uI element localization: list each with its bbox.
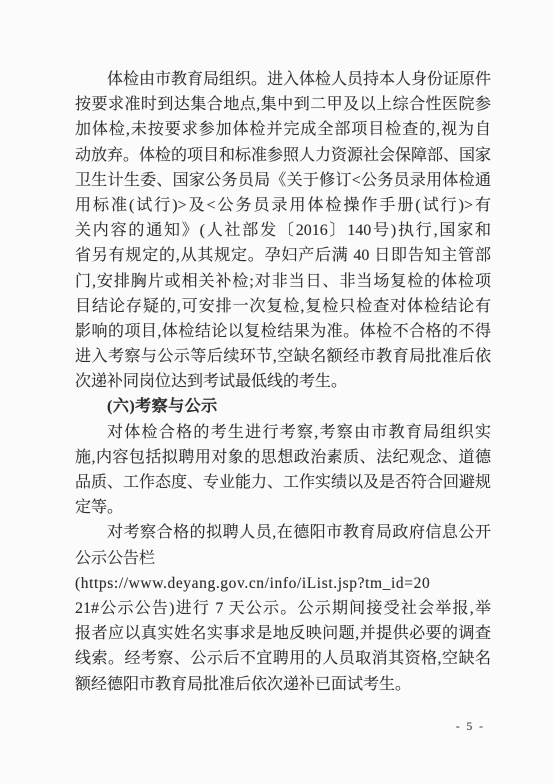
- text-line: 影响的项目,体检结论以复检结果为准。体检不合格的不得: [75, 319, 491, 344]
- text-line: 公示公告栏: [75, 546, 491, 571]
- text-line: 定等。: [75, 495, 491, 520]
- text-line: 关内容的通知》(人社部发〔2016〕140号)执行,国家和: [75, 218, 491, 243]
- text-line: 对体检合格的考生进行考察,考察由市教育局组织实: [75, 420, 491, 445]
- text-line: 施,内容包括拟聘用对象的思想政治素质、法纪观念、道德: [75, 445, 491, 470]
- text-line: 体检由市教育局组织。进入体检人员持本人身份证原件: [75, 67, 491, 92]
- page-number: - 5 -: [456, 721, 485, 733]
- text-line: 目结论存疑的,可安排一次复检,复检只检查对体检结论有: [75, 294, 491, 319]
- text-line: 对考察合格的拟聘人员,在德阳市教育局政府信息公开: [75, 520, 491, 545]
- text-line: 省另有规定的,从其规定。孕妇产后满 40 日即告知主管部: [75, 243, 491, 268]
- text-line: 加体检,未按要求参加体检并完成全部项目检查的,视为自: [75, 117, 491, 142]
- document-page: 体检由市教育局组织。进入体检人员持本人身份证原件按要求准时到达集合地点,集中到二…: [0, 0, 554, 784]
- document-body: 体检由市教育局组织。进入体检人员持本人身份证原件按要求准时到达集合地点,集中到二…: [75, 67, 491, 697]
- text-line: 次递补同岗位达到考试最低线的考生。: [75, 369, 491, 394]
- text-line: 额经德阳市教育局批准后依次递补已面试考生。: [75, 672, 491, 697]
- text-line: 21#公示公告)进行 7 天公示。公示期间接受社会举报,举: [75, 596, 491, 621]
- text-line: 门,安排胸片或相关补检;对非当日、非当场复检的体检项: [75, 269, 491, 294]
- text-line: 用标准(试行)>及<公务员录用体检操作手册(试行)>有: [75, 193, 491, 218]
- url-text-line: (https://www.deyang.gov.cn/info/iList.js…: [75, 571, 491, 596]
- text-line: 线索。经考察、公示后不宜聘用的人员取消其资格,空缺名: [75, 646, 491, 671]
- text-line: 按要求准时到达集合地点,集中到二甲及以上综合性医院参: [75, 92, 491, 117]
- text-line: 品质、工作态度、专业能力、工作实绩以及是否符合回避规: [75, 470, 491, 495]
- text-line: 动放弃。体检的项目和标准参照人力资源社会保障部、国家: [75, 143, 491, 168]
- text-line: 卫生计生委、国家公务员局《关于修订<公务员录用体检通: [75, 168, 491, 193]
- text-line: 报者应以真实姓名实事求是地反映问题,并提供必要的调查: [75, 621, 491, 646]
- section-heading: (六)考察与公示: [75, 394, 491, 419]
- text-line: 进入考察与公示等后续环节,空缺名额经市教育局批准后依: [75, 344, 491, 369]
